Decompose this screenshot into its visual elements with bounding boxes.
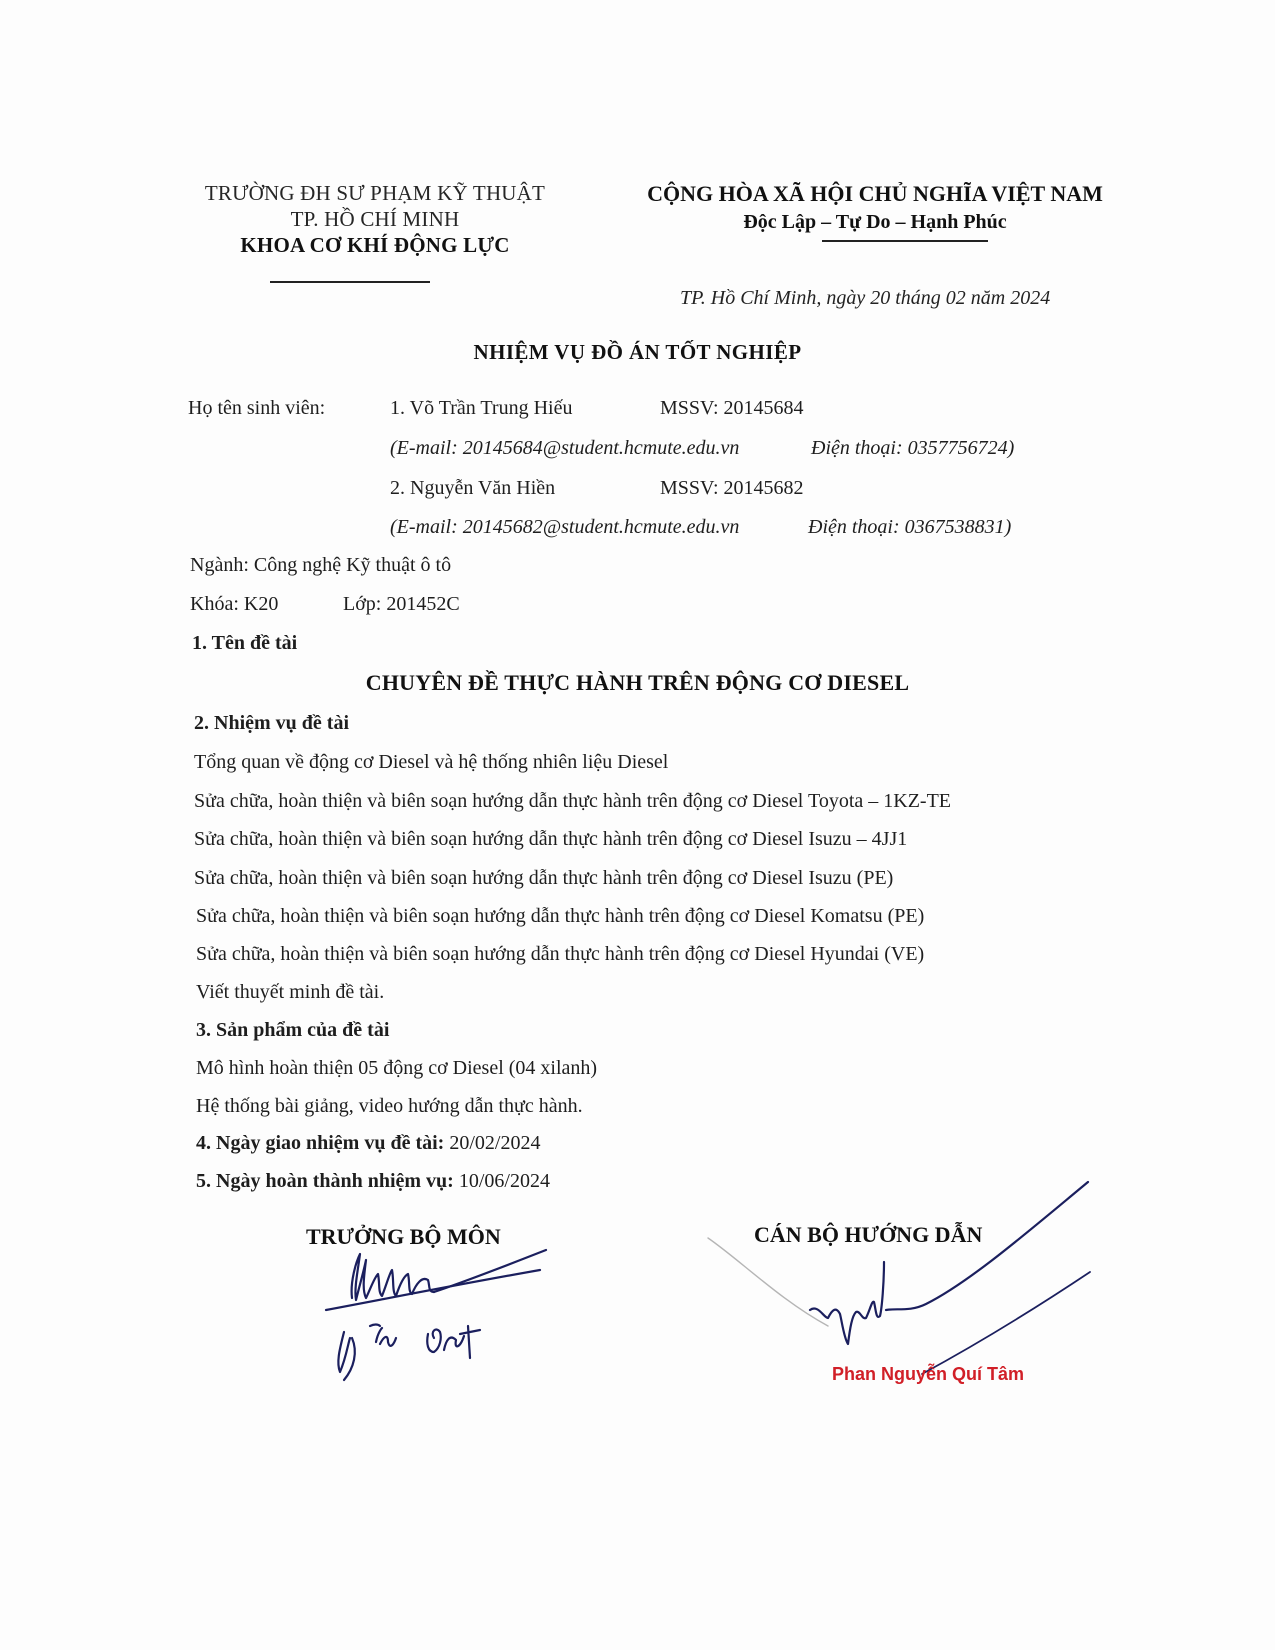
task-item: Sửa chữa, hoàn thiện và biên soạn hướng … [194,828,907,851]
task-item: Sửa chữa, hoàn thiện và biên soạn hướng … [196,905,924,928]
product-item: Hệ thống bài giảng, video hướng dẫn thực… [196,1095,583,1118]
task-item: Sửa chữa, hoàn thiện và biên soạn hướng … [194,867,893,890]
complete-date-value: 10/06/2024 [459,1170,550,1192]
section-1-heading: 1. Tên đề tài [192,632,297,655]
university-city: TP. HỒ CHÍ MINH [170,206,580,232]
header-right-divider [822,240,988,242]
student-2-mssv: MSSV: 20145682 [660,477,804,500]
section-3-heading: 3. Sản phẩm của đề tài [196,1019,389,1042]
university-name: TRƯỜNG ĐH SƯ PHẠM KỸ THUẬT [170,180,580,206]
assign-date-label: 4. Ngày giao nhiệm vụ đề tài: [196,1132,444,1154]
faculty-name: KHOA CƠ KHÍ ĐỘNG LỰC [170,232,580,258]
republic-name: CỘNG HÒA XÃ HỘI CHỦ NGHĨA VIỆT NAM [630,180,1120,208]
students-label: Họ tên sinh viên: [188,397,325,420]
student-1-email: (E-mail: 20145684@student.hcmute.edu.vn [390,437,739,460]
student-2-email: (E-mail: 20145682@student.hcmute.edu.vn [390,516,739,539]
supervisor-name: Phan Nguyễn Quí Tâm [832,1364,1024,1385]
student-1-phone: Điện thoại: 0357756724) [811,437,1014,460]
task-item: Viết thuyết minh đề tài. [196,981,384,1004]
supervisor-signature-icon [700,1160,1100,1380]
topic-title: CHUYÊN ĐỀ THỰC HÀNH TRÊN ĐỘNG CƠ DIESEL [0,670,1275,696]
task-item: Sửa chữa, hoàn thiện và biên soạn hướng … [196,943,924,966]
date-line: TP. Hồ Chí Minh, ngày 20 tháng 02 năm 20… [680,287,1050,310]
document-title: NHIỆM VỤ ĐỒ ÁN TỐT NGHIỆP [0,340,1275,365]
header-left-divider [270,281,430,283]
product-item: Mô hình hoàn thiện 05 động cơ Diesel (04… [196,1057,597,1080]
national-header: CỘNG HÒA XÃ HỘI CHỦ NGHĨA VIỆT NAM Độc L… [630,180,1120,236]
assign-date-value: 20/02/2024 [449,1132,540,1154]
assign-date-row: 4. Ngày giao nhiệm vụ đề tài: 20/02/2024 [196,1132,540,1155]
student-1-mssv: MSSV: 20145684 [660,397,804,420]
class: Lớp: 201452C [343,593,460,616]
task-item: Sửa chữa, hoàn thiện và biên soạn hướng … [194,790,951,813]
section-2-heading: 2. Nhiệm vụ đề tài [194,712,349,735]
document-page: TRƯỜNG ĐH SƯ PHẠM KỸ THUẬT TP. HỒ CHÍ MI… [0,0,1275,1650]
course: Khóa: K20 [190,593,278,616]
national-motto: Độc Lập – Tự Do – Hạnh Phúc [630,208,1120,236]
student-2-phone: Điện thoại: 0367538831) [808,516,1011,539]
task-item: Tổng quan về động cơ Diesel và hệ thống … [194,751,668,774]
complete-date-row: 5. Ngày hoàn thành nhiệm vụ: 10/06/2024 [196,1170,550,1193]
complete-date-label: 5. Ngày hoàn thành nhiệm vụ: [196,1170,454,1192]
student-1-name: 1. Võ Trần Trung Hiếu [390,397,572,420]
department-head-signature-icon [300,1240,580,1390]
student-2-name: 2. Nguyễn Văn Hiền [390,477,555,500]
institution-header: TRƯỜNG ĐH SƯ PHẠM KỸ THUẬT TP. HỒ CHÍ MI… [170,180,580,258]
major: Ngành: Công nghệ Kỹ thuật ô tô [190,554,451,577]
